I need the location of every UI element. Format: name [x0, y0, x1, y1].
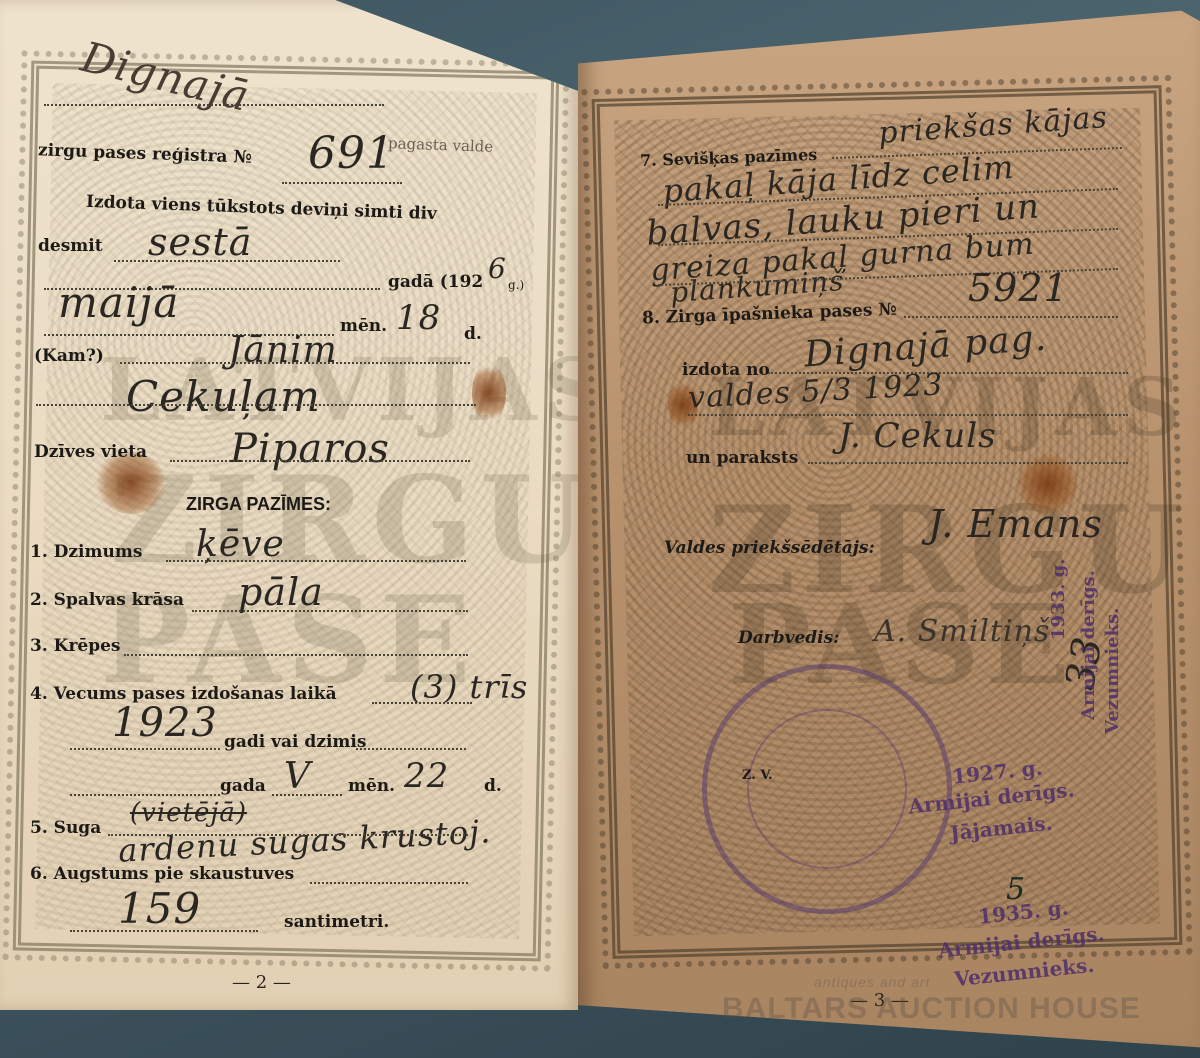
section-title: ZIRGA PAZĪMES: — [186, 494, 331, 515]
day-handwritten: 18 — [396, 298, 441, 338]
dotted-line — [36, 404, 476, 406]
right-page: LATVIJAS ZIRGU PASE 7. Sevišķas pazīmes … — [578, 0, 1200, 1058]
owner-last-handwritten: Cekuļam — [126, 372, 321, 421]
field-label-mane: 3. Krēpes — [30, 636, 121, 656]
dotted-line — [114, 260, 340, 262]
dotted-line — [170, 460, 470, 462]
men-label2: mēn. — [348, 776, 395, 796]
clerk-label: Darbvedis: — [738, 628, 840, 648]
stamp-vertical-line2: Vezumnieks. — [1102, 608, 1123, 734]
birth-month-handwritten: V — [284, 756, 311, 797]
left-page: LATVIJAS ZIRGU PASE Dignajā pagasta vald… — [0, 0, 578, 1010]
residence-handwritten: Piparos — [230, 426, 390, 472]
dotted-line — [808, 462, 1128, 464]
dotted-line — [372, 702, 472, 704]
dotted-line — [272, 794, 342, 796]
dotted-line — [44, 104, 384, 106]
round-seal-stamp — [702, 664, 952, 914]
owner-passport-number: 5921 — [968, 266, 1069, 310]
day-label: d. — [484, 776, 502, 796]
field-label-sex: 1. Dzimums — [30, 542, 142, 562]
signature-label: un paraksts — [686, 448, 798, 468]
auction-house-tagline: antiques and art — [814, 974, 930, 990]
year-suffix: g.) — [508, 278, 524, 292]
year-digit-handwritten: 6 — [488, 252, 507, 285]
auction-house-name: BALTARS AUCTION HOUSE — [722, 992, 1141, 1025]
page-number: — 2 — — [232, 972, 291, 993]
dotted-line — [70, 794, 220, 796]
dotted-line — [70, 748, 220, 750]
chairman-signature: J. Emans — [928, 502, 1103, 546]
gada-label2: gada — [220, 776, 266, 796]
gadi-vai-dzimis-label: gadi vai dzimis — [224, 732, 366, 752]
birth-year-handwritten: 1923 — [112, 700, 218, 746]
register-number: 691 — [308, 128, 395, 179]
year-word-handwritten: sestā — [148, 220, 252, 264]
owner-first-handwritten: Jānim — [228, 330, 338, 371]
breed-struck-handwritten: (vietējā) — [130, 798, 247, 828]
chairman-label: Valdes priekšsēdētājs: — [664, 538, 875, 558]
stamp-vertical-line1: Armijai derīgs. — [1078, 570, 1099, 720]
dotted-line — [282, 182, 402, 184]
rust-stain — [472, 362, 506, 424]
dotted-line — [120, 362, 470, 364]
field-label-color: 2. Spalvas krāsa — [30, 590, 184, 610]
height-handwritten: 159 — [118, 884, 201, 933]
field-value-sex: ķēve — [196, 524, 285, 565]
month-handwritten: maijā — [58, 278, 179, 327]
breed-label: 5. Suga — [30, 818, 101, 838]
seal-label: Z. V. — [742, 768, 773, 783]
height-unit: santimetri. — [284, 912, 389, 932]
dotted-line — [904, 316, 1118, 318]
height-label: 6. Augstums pie skaustuves — [30, 864, 294, 884]
gada-label: gadā (192 — [388, 272, 483, 292]
dotted-line — [310, 882, 468, 884]
dotted-line — [108, 834, 468, 836]
owner-signature: J. Cekuls — [838, 416, 997, 456]
dotted-line — [166, 560, 466, 562]
field-value-age: (3) trīs — [410, 668, 528, 706]
residence-label: Dzīves vieta — [34, 442, 147, 462]
handwritten-year-correction: 5 — [1006, 872, 1026, 907]
to-whom-label: (Kam?) — [34, 346, 104, 366]
issuer-suffix: pagasta valde — [388, 134, 494, 156]
field-value-color: pāla — [238, 570, 324, 614]
dotted-line — [192, 610, 468, 612]
dotted-line — [124, 654, 468, 656]
dotted-line — [70, 930, 258, 932]
dotted-line — [356, 748, 466, 750]
birth-day-handwritten: 22 — [404, 756, 449, 796]
men-label: mēn. — [340, 316, 387, 336]
auction-house-watermark: antiques and art BALTARS AUCTION HOUSE — [722, 992, 1141, 1026]
day-suffix: d. — [464, 324, 482, 344]
desmit-label: desmit — [38, 236, 103, 256]
stamp-vertical-year: 1933. g. — [1048, 559, 1069, 640]
clerk-signature: A. Smiltiņš — [874, 614, 1050, 649]
